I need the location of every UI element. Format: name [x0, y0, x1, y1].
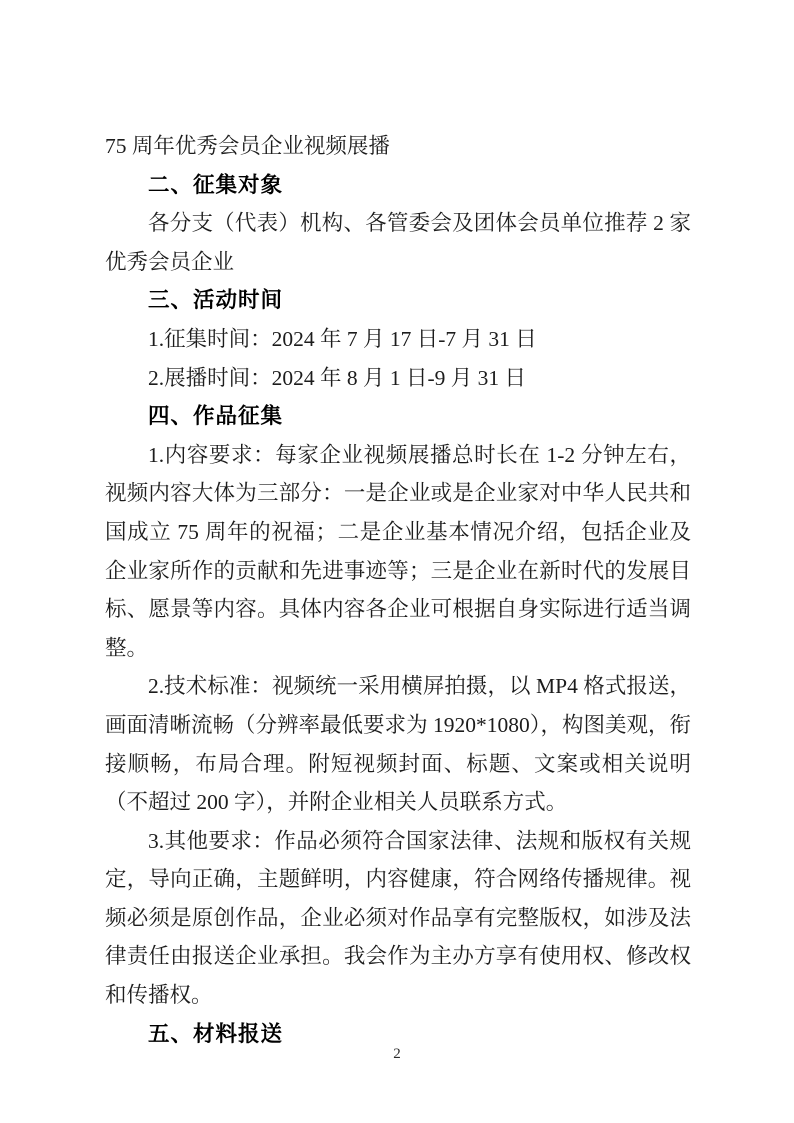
- heading-section-3-activity-time: 三、活动时间: [105, 281, 691, 320]
- paragraph-collection-targets: 各分支（代表）机构、各管委会及团体会员单位推荐 2 家优秀会员企业: [105, 204, 691, 281]
- heading-section-4-work-collection: 四、作品征集: [105, 397, 691, 436]
- document-page: 75 周年优秀会员企业视频展播 二、征集对象 各分支（代表）机构、各管委会及团体…: [0, 0, 794, 1123]
- page-footer: 2: [0, 1045, 794, 1063]
- paragraph-content-requirements: 1.内容要求：每家企业视频展播总时长在 1-2 分钟左右，视频内容大体为三部分：…: [105, 436, 691, 668]
- paragraph-other-requirements: 3.其他要求：作品必须符合国家法律、法规和版权有关规定，导向正确，主题鲜明，内容…: [105, 822, 691, 1015]
- paragraph-collection-period: 1.征集时间：2024 年 7 月 17 日-7 月 31 日: [105, 320, 691, 359]
- paragraph-video-showcase-continuation: 75 周年优秀会员企业视频展播: [105, 127, 691, 166]
- paragraph-technical-standards: 2.技术标准：视频统一采用横屏拍摄，以 MP4 格式报送，画面清晰流畅（分辨率最…: [105, 667, 691, 821]
- page-number: 2: [393, 1046, 401, 1062]
- paragraph-broadcast-period: 2.展播时间：2024 年 8 月 1 日-9 月 31 日: [105, 359, 691, 398]
- heading-section-2-collection-targets: 二、征集对象: [105, 166, 691, 205]
- document-content: 75 周年优秀会员企业视频展播 二、征集对象 各分支（代表）机构、各管委会及团体…: [105, 127, 691, 1053]
